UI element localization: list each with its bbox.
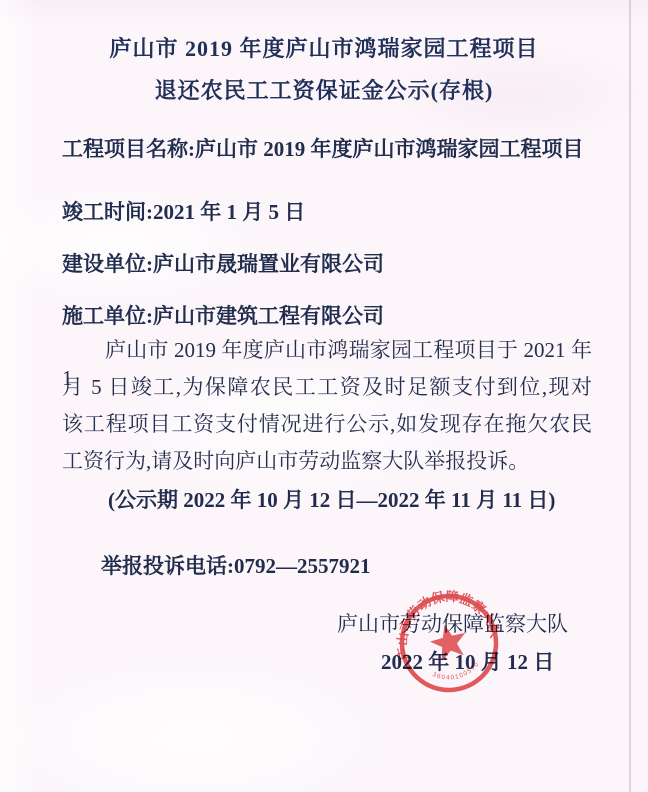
notice-period-line: (公示期 2022 年 10 月 12 日—2022 年 11 月 11 日) [108,486,555,514]
complaint-hotline-line: 举报投诉电话:0792—2557921 [101,552,371,580]
seal-ring [392,586,506,700]
field-contractor: 施工单位:庐山市建筑工程有限公司 [62,302,384,330]
scan-edge-line [629,0,631,792]
field-construction-owner: 建设单位:庐山市晟瑞置业有限公司 [62,250,384,278]
official-red-seal: 庐山市劳动保障监察大队 36040100570 [382,576,515,709]
document-title-line2: 退还农民工工资保证金公示(存根) [0,74,648,105]
body-paragraph-line: 该工程项目工资支付情况进行公示,如发现存在拖欠农民 [62,410,592,438]
field-project-name: 工程项目名称:庐山市 2019 年度庐山市鸿瑞家园工程项目 [62,135,584,163]
body-paragraph-line: 工资行为,请及时向庐山市劳动监察大队举报投诉。 [62,447,592,475]
public-notice-document: 庐山市 2019 年度庐山市鸿瑞家园工程项目 退还农民工工资保证金公示(存根) … [0,0,648,792]
issue-date: 2022 年 10 月 12 日 [381,648,554,676]
document-title-line1: 庐山市 2019 年度庐山市鸿瑞家园工程项目 [0,32,648,63]
body-paragraph-line: 月 5 日竣工,为保障农民工工资及时足额支付到位,现对 [62,373,592,401]
field-completion-date: 竣工时间:2021 年 1 月 5 日 [62,198,305,226]
issuer-signature: 庐山市劳动保障监察大队 [337,610,568,638]
